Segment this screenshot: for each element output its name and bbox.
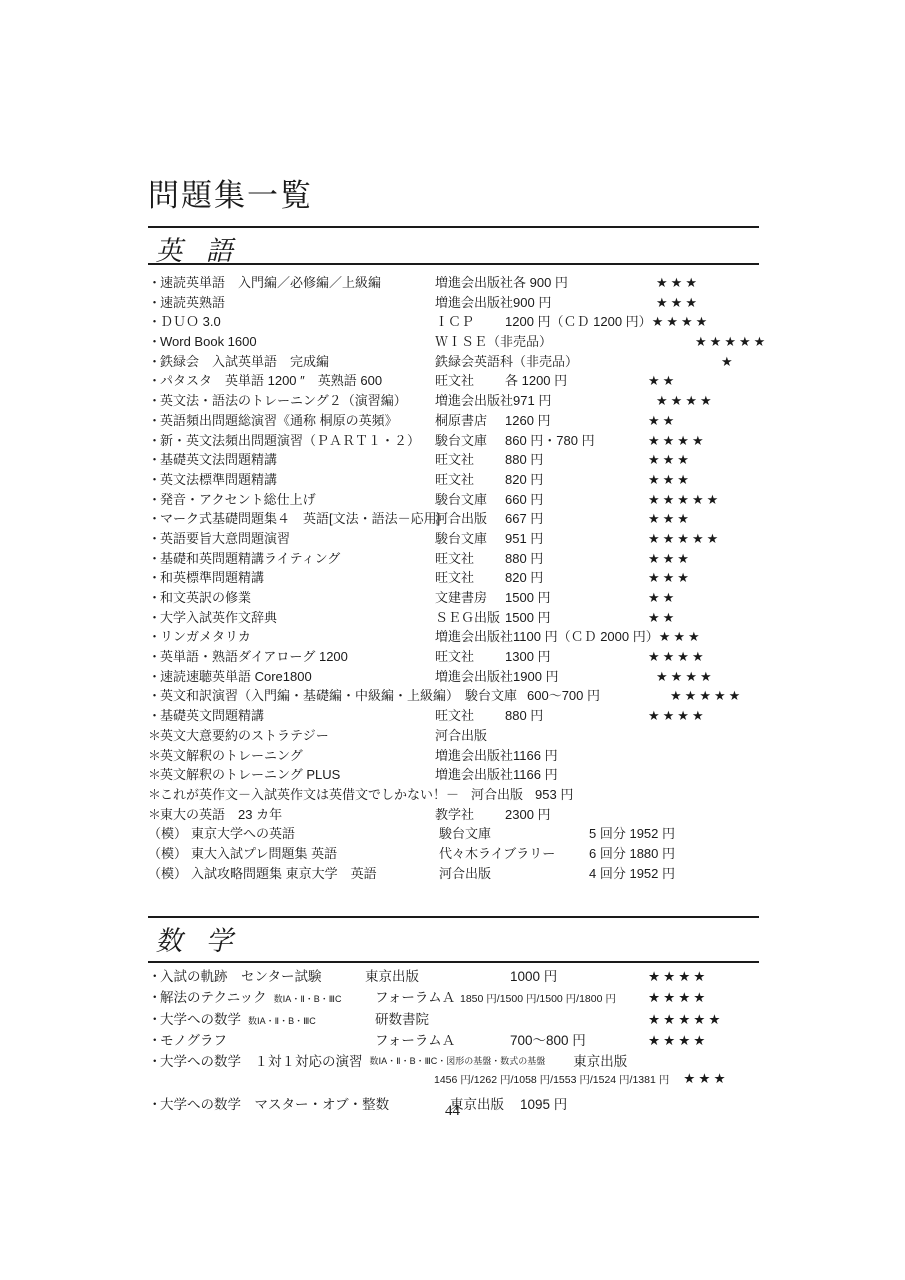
book-title: Word Book 1600 (160, 334, 435, 349)
publisher: 増進会出版社 (435, 764, 513, 783)
book-title: 和文英訳の修業 (160, 587, 435, 606)
star-rating: ★★★★★ (695, 334, 768, 350)
star-rating: ★★★ (683, 1071, 728, 1087)
book-row: ・英語頻出問題総演習《通称 桐原の英頻》桐原書店1260 円★★ (148, 410, 848, 430)
book-row: ・英語要旨大意問題演習駿台文庫951 円★★★★★ (148, 528, 848, 548)
book-row: ・基礎英文法問題精講旺文社880 円★★★ (148, 449, 848, 469)
row-marker: ・ (148, 646, 160, 665)
price: 1100 円（ＣＤ 2000 円） (513, 626, 659, 645)
book-title: 大学入試英作文辞典 (160, 607, 435, 626)
publisher: 旺文社 (435, 449, 505, 468)
book-title: 基礎英文法問題精講 (160, 449, 435, 468)
book-subject-note: 数ⅠA・Ⅱ・B・ⅢC (248, 1014, 316, 1027)
row-marker: ・ (148, 666, 160, 685)
price: 600～700 円 (527, 685, 670, 704)
english-book-list: ・速読英単語 入門編／必修編／上級編増進会出版社各 900 円★★★・速読英熟語… (148, 272, 848, 882)
book-title: 速読英単語 入門編／必修編／上級編 (160, 272, 435, 291)
publisher: 鉄緑会英語科（非売品） (435, 351, 578, 370)
publisher: 河合出版 (435, 508, 505, 527)
publisher: 駿台文庫 (465, 685, 527, 704)
row-marker: ・ (148, 587, 160, 606)
row-marker: ・ (148, 1029, 160, 1049)
publisher: フォーラムＡ (375, 986, 460, 1006)
book-title: ＤＵＯ 3.0 (160, 311, 435, 330)
price: 660 円 (505, 489, 648, 508)
price: 6 回分 1880 円 (589, 843, 732, 862)
divider (148, 226, 759, 228)
price: 1166 円 (513, 745, 656, 764)
star-rating: ★★★★ (656, 669, 715, 685)
star-rating: ★★★ (648, 452, 692, 468)
publisher: 東京出版 (573, 1050, 627, 1070)
price: 667 円 (505, 508, 648, 527)
book-row: ・和英標準問題精講旺文社820 円★★★ (148, 567, 848, 587)
book-row: ・Word Book 1600ＷＩＳＥ（非売品）★★★★★ (148, 331, 848, 351)
star-rating: ★★★★ (648, 649, 707, 665)
book-title: 英文和訳演習（入門編・基礎編・中級編・上級編） (160, 685, 459, 704)
book-title: モノグラフ (160, 1029, 227, 1049)
section-heading-text: 数 学 (153, 919, 248, 958)
book-row: ・和文英訳の修業文建書房1500 円★★ (148, 587, 848, 607)
book-row: ・速読速聴英単語 Core1800増進会出版社1900 円★★★★ (148, 666, 848, 686)
publisher: フォーラムＡ (375, 1029, 460, 1049)
title-box: 解法のテクニック数ⅠA・Ⅱ・B・ⅢC (160, 986, 375, 1006)
page-title: 問題集一覧 (148, 170, 313, 215)
star-rating: ★★ (648, 590, 677, 606)
row-marker: ・ (148, 410, 160, 429)
row-marker: ・ (148, 567, 160, 586)
row-marker: （模） (148, 843, 187, 862)
book-row: （模）入試攻略問題集 東京大学 英語河合出版4 回分 1952 円 (148, 863, 848, 883)
divider (148, 916, 759, 918)
star-rating: ★★★ (648, 511, 692, 527)
star-rating: ★★★★ (656, 393, 715, 409)
row-marker: ・ (148, 1050, 160, 1070)
publisher: ＳＥＧ出版 (435, 607, 505, 626)
publisher: 旺文社 (435, 370, 505, 389)
publisher: 桐原書店 (435, 410, 505, 429)
row-marker: ＊ (148, 764, 160, 783)
price: 2300 円 (505, 804, 648, 823)
star-rating: ★★★ (648, 570, 692, 586)
book-title: 新・英文法頻出問題演習（ＰＡＲＴ１・２） (160, 430, 435, 449)
price: 700～800 円 (460, 1029, 648, 1049)
publisher: ＩＣＰ (435, 311, 505, 330)
row-marker: ・ (148, 449, 160, 468)
row-marker: ＊ (148, 745, 160, 764)
book-title: 東京大学への英語 (191, 823, 439, 842)
star-rating: ★★★ (656, 275, 700, 291)
math-book-list: ・入試の軌跡 センター試験東京出版1000 円★★★★・解法のテクニック数ⅠA・… (148, 965, 868, 1114)
star-rating: ★★★★★ (648, 531, 721, 547)
publisher: 駿台文庫 (435, 430, 505, 449)
book-row: ＊英文解釈のトレーニング PLUS増進会出版社1166 円 (148, 764, 848, 784)
book-row: （模）東京大学への英語駿台文庫5 回分 1952 円 (148, 823, 848, 843)
row-marker: ・ (148, 351, 160, 370)
book-row: ・モノグラフフォーラムＡ700～800 円★★★★ (148, 1029, 868, 1050)
row-marker: ・ (148, 986, 160, 1006)
book-row: ・英文法・語法のトレーニング２（演習編）増進会出版社971 円★★★★ (148, 390, 848, 410)
publisher: 東京出版 (365, 965, 510, 985)
row-marker: ・ (148, 370, 160, 389)
publisher: 増進会出版社 (435, 666, 513, 685)
publisher: 河合出版 (435, 725, 505, 744)
price: 880 円 (505, 449, 648, 468)
price: 4 回分 1952 円 (589, 863, 732, 882)
publisher: 河合出版 (471, 784, 523, 803)
publisher: 増進会出版社 (435, 272, 513, 291)
publisher: 増進会出版社 (435, 626, 513, 645)
row-marker: ＊ (148, 784, 160, 803)
title-box: モノグラフ (160, 1029, 375, 1049)
star-rating: ★★★★★ (648, 1012, 724, 1028)
document-page: 問題集一覧 英 語 ・速読英単語 入門編／必修編／上級編増進会出版社各 900 … (0, 0, 905, 1280)
book-row: ・英文法標準問題精講旺文社820 円★★★ (148, 469, 848, 489)
book-subject-note: 数ⅠA・Ⅱ・B・ⅢC (274, 992, 342, 1005)
book-title: 英文解釈のトレーニング PLUS (160, 764, 435, 783)
title-box: 大学への数学数ⅠA・Ⅱ・B・ⅢC (160, 1008, 375, 1028)
row-marker: ・ (148, 685, 160, 704)
book-row: ・解法のテクニック数ⅠA・Ⅱ・B・ⅢCフォーラムＡ1850 円/1500 円/1… (148, 986, 868, 1007)
publisher: 増進会出版社 (435, 390, 513, 409)
row-marker: ・ (148, 390, 160, 409)
price: 1900 円 (513, 666, 656, 685)
price: 1456 円/1262 円/1058 円/1553 円/1524 円/1381 … (434, 1072, 669, 1087)
book-title: 英文法・語法のトレーニング２（演習編） (160, 390, 435, 409)
price: 1200 円（ＣＤ 1200 円） (505, 311, 652, 330)
book-row-prices: 1456 円/1262 円/1058 円/1553 円/1524 円/1381 … (148, 1071, 868, 1092)
publisher: ＷＩＳＥ（非売品） (435, 331, 552, 350)
book-row: ・マーク式基礎問題集４ 英語[文法・語法－応用]河合出版667 円★★★ (148, 508, 848, 528)
publisher: 文建書房 (435, 587, 505, 606)
row-marker: ・ (148, 965, 160, 985)
row-marker: ・ (148, 331, 160, 350)
row-marker: ・ (148, 292, 160, 311)
star-rating: ★★★★ (648, 708, 707, 724)
book-row: ＊これが英作文－入試英作文は英借文でしかない！－河合出版953 円 (148, 784, 848, 804)
price: 1000 円 (510, 965, 648, 985)
book-row: ・大学への数学 １対１対応の演習数ⅠA・Ⅱ・B・ⅢC・図形の基盤・数式の基盤東京… (148, 1050, 868, 1071)
price: 971 円 (513, 390, 656, 409)
row-marker: ・ (148, 528, 160, 547)
row-marker: ・ (148, 508, 160, 527)
publisher: 河合出版 (439, 863, 589, 882)
book-title: マーク式基礎問題集４ 英語[文法・語法－応用] (160, 508, 435, 527)
row-marker: ＊ (148, 725, 160, 744)
star-rating: ★★★ (656, 295, 700, 311)
publisher: 教学社 (435, 804, 505, 823)
section-heading-math: 数 学 (150, 919, 761, 958)
divider (148, 263, 759, 265)
book-title: 速読英熟語 (160, 292, 435, 311)
row-marker: ・ (148, 626, 160, 645)
book-row: ・速読英熟語増進会出版社900 円★★★ (148, 292, 848, 312)
book-row: ・リンガメタリカ増進会出版社1100 円（ＣＤ 2000 円）★★★ (148, 626, 848, 646)
book-row: ・ＤＵＯ 3.0ＩＣＰ1200 円（ＣＤ 1200 円）★★★★ (148, 311, 848, 331)
book-title: リンガメタリカ (160, 626, 435, 645)
price: 1500 円 (505, 607, 648, 626)
price: 880 円 (505, 705, 648, 724)
book-row: ＊英文解釈のトレーニング増進会出版社1166 円 (148, 745, 848, 765)
book-title: 解法のテクニック (160, 986, 267, 1006)
book-title: 英語要旨大意問題演習 (160, 528, 435, 547)
book-row: ＊英文大意要約のストラテジー河合出版 (148, 725, 848, 745)
book-row: ・鉄緑会 入試英単語 完成編鉄緑会英語科（非売品）★ (148, 351, 848, 371)
publisher: 旺文社 (435, 646, 505, 665)
book-row: ・速読英単語 入門編／必修編／上級編増進会出版社各 900 円★★★ (148, 272, 848, 292)
book-title: 和英標準問題精講 (160, 567, 435, 586)
price: 1260 円 (505, 410, 648, 429)
row-marker: ・ (148, 430, 160, 449)
publisher: 増進会出版社 (435, 292, 513, 311)
star-rating: ★★★★★ (648, 492, 721, 508)
book-title: 英文大意要約のストラテジー (160, 725, 435, 744)
book-row: ・発音・アクセント総仕上げ駿台文庫660 円★★★★★ (148, 489, 848, 509)
book-title: 基礎英文問題精講 (160, 705, 435, 724)
price: 880 円 (505, 548, 648, 567)
book-title: 鉄緑会 入試英単語 完成編 (160, 351, 435, 370)
book-subject-note: 数ⅠA・Ⅱ・B・ⅢC・図形の基盤・数式の基盤 (370, 1054, 546, 1067)
row-marker: ・ (148, 548, 160, 567)
price: 1166 円 (513, 764, 656, 783)
row-marker: （模） (148, 863, 187, 882)
price: 1500 円 (505, 587, 648, 606)
row-marker: （模） (148, 823, 187, 842)
publisher: 旺文社 (435, 567, 505, 586)
publisher: 駿台文庫 (439, 823, 589, 842)
publisher: 研数書院 (375, 1008, 460, 1028)
row-marker: ・ (148, 272, 160, 291)
book-title: 英単語・熟語ダイアローグ 1200 (160, 646, 435, 665)
book-row: ・パタスタ 英単語 1200 ″ 英熟語 600旺文社各 1200 円★★ (148, 370, 848, 390)
price: 1850 円/1500 円/1500 円/1800 円 (460, 991, 648, 1006)
divider (148, 961, 759, 963)
star-rating: ★★★★ (648, 990, 708, 1006)
price: 1300 円 (505, 646, 648, 665)
book-row: ・入試の軌跡 センター試験東京出版1000 円★★★★ (148, 965, 868, 986)
price: 各 900 円 (513, 272, 656, 291)
publisher: 代々木ライブラリー (439, 843, 589, 862)
book-title: 英文法標準問題精講 (160, 469, 435, 488)
book-title: 大学への数学 (160, 1008, 241, 1028)
book-row: ・大学への数学数ⅠA・Ⅱ・B・ⅢC研数書院★★★★★ (148, 1008, 868, 1029)
star-rating: ★★★★ (648, 433, 707, 449)
star-rating: ★★★★ (648, 969, 708, 985)
row-marker: ・ (148, 607, 160, 626)
book-title: 発音・アクセント総仕上げ (160, 489, 435, 508)
book-title: 速読速聴英単語 Core1800 (160, 666, 435, 685)
book-row: ＊東大の英語 23 カ年教学社2300 円 (148, 804, 848, 824)
star-rating: ★★ (648, 413, 677, 429)
page-number: 44 (0, 1103, 905, 1120)
star-rating: ★★ (648, 610, 677, 626)
book-title: 東大入試プレ問題集 英語 (191, 843, 439, 862)
book-title: 入試の軌跡 センター試験 (160, 965, 365, 985)
price: 900 円 (513, 292, 656, 311)
book-row: ・基礎英文問題精講旺文社880 円★★★★ (148, 705, 848, 725)
row-marker: ・ (148, 311, 160, 330)
price: 820 円 (505, 567, 648, 586)
row-marker: ＊ (148, 804, 160, 823)
star-rating: ★ (721, 354, 736, 370)
star-rating: ★★★ (648, 551, 692, 567)
book-title: パタスタ 英単語 1200 ″ 英熟語 600 (160, 370, 435, 389)
book-row: ・英文和訳演習（入門編・基礎編・中級編・上級編）駿台文庫600～700 円★★★… (148, 685, 848, 705)
book-row: ・基礎和英問題精講ライティング旺文社880 円★★★ (148, 548, 848, 568)
star-rating: ★★★ (648, 472, 692, 488)
price: 820 円 (505, 469, 648, 488)
price: 953 円 (535, 784, 573, 803)
book-row: ・新・英文法頻出問題演習（ＰＡＲＴ１・２）駿台文庫860 円・780 円★★★★ (148, 430, 848, 450)
book-title: 英語頻出問題総演習《通称 桐原の英頻》 (160, 410, 435, 429)
book-row: ・大学入試英作文辞典ＳＥＧ出版1500 円★★ (148, 607, 848, 627)
publisher: 駿台文庫 (435, 489, 505, 508)
publisher: 旺文社 (435, 469, 505, 488)
star-rating: ★★★★★ (670, 688, 743, 704)
book-row: （模）東大入試プレ問題集 英語代々木ライブラリー6 回分 1880 円 (148, 843, 848, 863)
publisher: 旺文社 (435, 548, 505, 567)
star-rating: ★★ (648, 373, 677, 389)
book-title: 東大の英語 23 カ年 (160, 804, 435, 823)
price: 860 円・780 円 (505, 430, 648, 449)
row-marker: ・ (148, 705, 160, 724)
book-title: 入試攻略問題集 東京大学 英語 (191, 863, 439, 882)
book-row: ・英単語・熟語ダイアローグ 1200旺文社1300 円★★★★ (148, 646, 848, 666)
price: 各 1200 円 (505, 370, 648, 389)
publisher: 旺文社 (435, 705, 505, 724)
row-marker: ・ (148, 469, 160, 488)
row-marker: ・ (148, 489, 160, 508)
book-title: これが英作文－入試英作文は英借文でしかない！－ (160, 784, 459, 803)
price: 951 円 (505, 528, 648, 547)
price: 5 回分 1952 円 (589, 823, 732, 842)
star-rating: ★★★ (659, 629, 703, 645)
star-rating: ★★★★ (652, 314, 711, 330)
star-rating: ★★★★ (648, 1033, 708, 1049)
book-title: 大学への数学 １対１対応の演習 (160, 1050, 363, 1070)
book-title: 基礎和英問題精講ライティング (160, 548, 435, 567)
publisher: 駿台文庫 (435, 528, 505, 547)
row-marker: ・ (148, 1008, 160, 1028)
publisher: 増進会出版社 (435, 745, 513, 764)
book-title: 英文解釈のトレーニング (160, 745, 435, 764)
